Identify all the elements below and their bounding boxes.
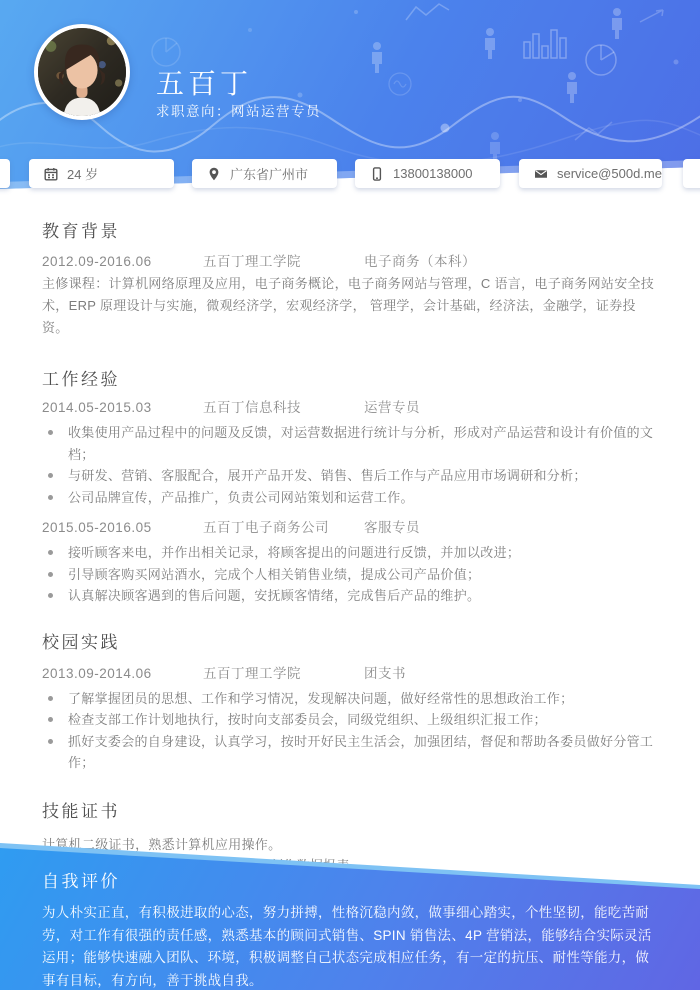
location-value: 广东省广州市 (230, 164, 308, 183)
work-bullet-list: 接听顾客来电，并作出相关记录，将顾客提出的问题进行反馈，并加以改进； 引导顾客购… (42, 542, 658, 607)
age-value: 24 岁 (67, 164, 98, 183)
campus-date: 2013.09-2014.06 (42, 665, 203, 683)
location-icon (207, 167, 221, 181)
contact-cards-row: 24 岁 广东省广州市 13800138000 (0, 159, 700, 188)
section-title-campus: 校园实践 (42, 633, 658, 653)
bullet-item: 公司品牌宣传，产品推广，负责公司网站策划和运营工作。 (42, 487, 658, 509)
campus-role: 团支书 (364, 665, 658, 683)
work-company: 五百丁电子商务公司 (203, 519, 364, 537)
work-entry-meta: 2015.05-2016.05 五百丁电子商务公司 客服专员 (42, 519, 658, 537)
campus-bullet-list: 了解掌握团员的思想、工作和学习情况，发现解决问题，做好经常性的思想政治工作； 检… (42, 688, 658, 774)
work-company: 五百丁信息科技 (203, 399, 364, 417)
card-stub-right (683, 159, 700, 188)
education-entry-meta: 2012.09-2016.06 五百丁理工学院 电子商务（本科） (42, 253, 658, 271)
calendar-icon (44, 167, 58, 181)
work-date: 2014.05-2015.03 (42, 399, 203, 417)
phone-card: 13800138000 (355, 159, 500, 188)
bullet-item: 与研发、营销、客服配合，展开产品开发、销售、售后工作与产品应用市场调研和分析； (42, 465, 658, 487)
resume-page: 五百丁 求职意向：网站运营专员 24 岁 广东省广州市 (0, 0, 700, 990)
email-card: service@500d.me (519, 159, 662, 188)
resume-body: 教育背景 2012.09-2016.06 五百丁理工学院 电子商务（本科） 主修… (42, 190, 658, 920)
work-role: 客服专员 (364, 519, 658, 537)
work-entry-meta: 2014.05-2015.03 五百丁信息科技 运营专员 (42, 399, 658, 417)
work-bullet-list: 收集使用产品过程中的问题及反馈，对运营数据进行统计与分析，形成对产品运营和设计有… (42, 422, 658, 508)
work-date: 2015.05-2016.05 (42, 519, 203, 537)
bullet-item: 接听顾客来电，并作出相关记录，将顾客提出的问题进行反馈，并加以改进； (42, 542, 658, 564)
location-card: 广东省广州市 (192, 159, 337, 188)
bullet-item: 收集使用产品过程中的问题及反馈，对运营数据进行统计与分析，形成对产品运营和设计有… (42, 422, 658, 465)
card-stub-left (0, 159, 10, 188)
email-icon (534, 167, 548, 181)
bullet-item: 引导顾客购买网站酒水，完成个人相关销售业绩，提成公司产品价值； (42, 564, 658, 586)
education-school: 五百丁理工学院 (203, 253, 364, 271)
footer-content: 自我评价 为人朴实正直，有积极进取的心态，努力拼搏，性格沉稳内敛，做事细心踏实，… (42, 842, 660, 990)
campus-entry-meta: 2013.09-2014.06 五百丁理工学院 团支书 (42, 665, 658, 683)
bullet-item: 抓好支委会的自身建设，认真学习，按时开好民主生活会，加强团结，督促和帮助各委员做… (42, 731, 658, 774)
avatar-photo-placeholder (38, 28, 126, 116)
evaluation-text: 为人朴实正直，有积极进取的心态，努力拼搏，性格沉稳内敛，做事细心踏实，个性坚韧，… (42, 902, 660, 990)
email-value: service@500d.me (557, 166, 662, 181)
bullet-item: 认真解决顾客遇到的售后问题，安抚顾客情绪，完成售后产品的维护。 (42, 585, 658, 607)
section-title-skills: 技能证书 (42, 802, 658, 822)
education-major: 电子商务（本科） (364, 253, 658, 271)
phone-icon (370, 167, 384, 181)
self-evaluation-footer: 自我评价 为人朴实正直，有积极进取的心态，努力拼搏，性格沉稳内敛，做事细心踏实，… (0, 842, 700, 990)
bullet-item: 检查支部工作计划地执行，按时向支部委员会，同级党组织、上级组织汇报工作； (42, 709, 658, 731)
work-role: 运营专员 (364, 399, 658, 417)
education-courses: 主修课程：计算机网络原理及应用，电子商务概论，电子商务网站与管理，C 语言，电子… (42, 273, 658, 339)
job-intention: 求职意向：网站运营专员 (156, 100, 321, 120)
education-date: 2012.09-2016.06 (42, 253, 203, 271)
candidate-name: 五百丁 (156, 62, 252, 102)
age-card: 24 岁 (29, 159, 174, 188)
campus-school: 五百丁理工学院 (203, 665, 364, 683)
section-title-work: 工作经验 (42, 370, 658, 390)
avatar (34, 24, 130, 120)
section-title-evaluation: 自我评价 (42, 872, 660, 892)
section-title-education: 教育背景 (42, 222, 658, 242)
bullet-item: 了解掌握团员的思想、工作和学习情况，发现解决问题，做好经常性的思想政治工作； (42, 688, 658, 710)
phone-value: 13800138000 (393, 166, 473, 181)
